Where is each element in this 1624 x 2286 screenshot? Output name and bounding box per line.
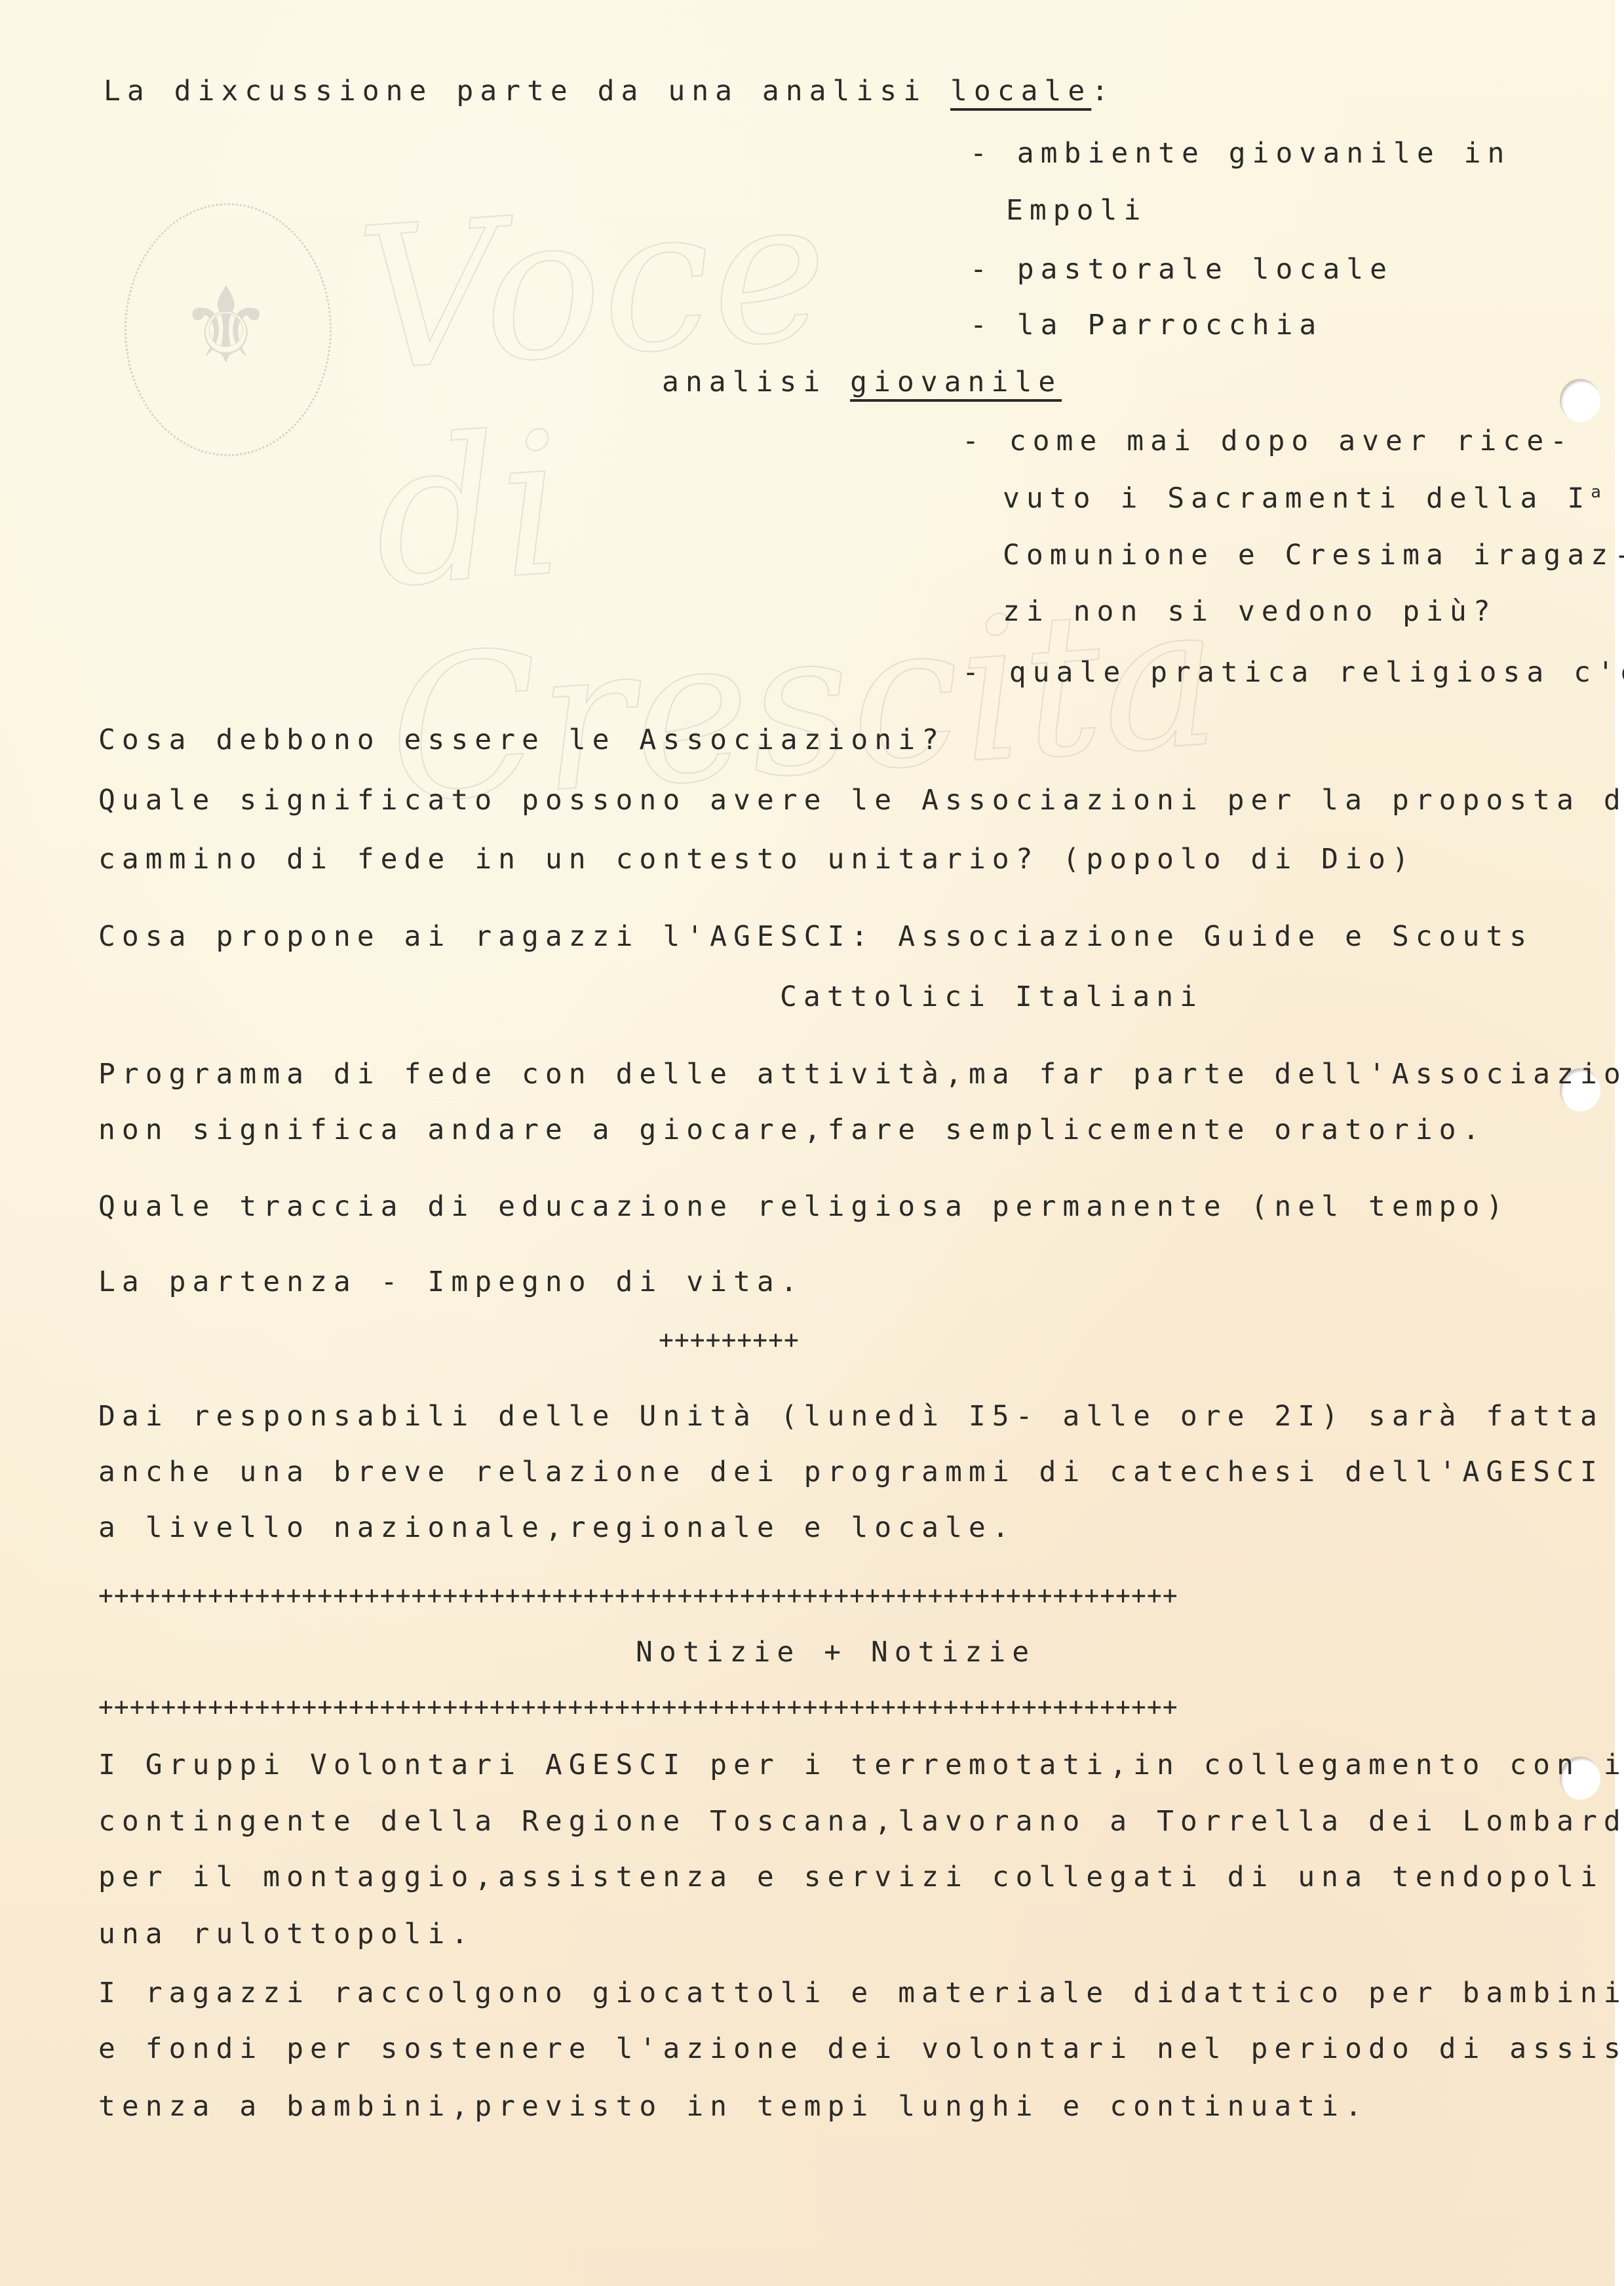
news-line: per il montaggio,assistenza e servizi co… bbox=[98, 1863, 1624, 1891]
report-line: anche una breve relazione dei programmi … bbox=[98, 1458, 1604, 1486]
news-line: una rulottopoli. bbox=[98, 1920, 474, 1948]
news-line: e fondi per sostenere l'azione dei volon… bbox=[98, 2035, 1624, 2063]
program-line: Programma di fede con delle attività,ma … bbox=[98, 1060, 1624, 1089]
punch-hole bbox=[1560, 379, 1600, 422]
youth-item: - come mai dopo aver rice- bbox=[962, 427, 1574, 455]
youth-item: zi non si vedono più? bbox=[1003, 598, 1497, 626]
local-item: - ambiente giovanile in bbox=[970, 140, 1511, 168]
scout-fleur-de-lis-stamp-icon bbox=[125, 203, 332, 456]
news-title: Notizie + Notizie bbox=[636, 1638, 1035, 1667]
question-line: Cosa propone ai ragazzi l'AGESCI: Associ… bbox=[98, 923, 1533, 951]
question-line: Cosa debbono essere le Associazioni? bbox=[98, 726, 945, 754]
short-separator: +++++++++ bbox=[659, 1327, 800, 1352]
news-line: I ragazzi raccolgono giocattoli e materi… bbox=[98, 1979, 1624, 2007]
underlined-word: locale bbox=[950, 75, 1091, 107]
program-line: La partenza - Impegno di vita. bbox=[98, 1268, 804, 1296]
question-line: Quale significato possono avere le Assoc… bbox=[98, 786, 1624, 815]
bleed-through-watermark: Voce diCrescita bbox=[352, 148, 1037, 651]
local-item: - pastorale locale bbox=[970, 256, 1393, 284]
intro-line: La dixcussione parte da una analisi loca… bbox=[104, 77, 1115, 106]
news-line: contingente della Regione Toscana,lavora… bbox=[98, 1808, 1624, 1836]
long-separator: ++++++++++++++++++++++++++++++++++++++++… bbox=[98, 1694, 1178, 1719]
youth-item: Comunione e Cresima iragaz- bbox=[1003, 541, 1624, 570]
local-item: Empoli bbox=[1006, 197, 1147, 225]
report-line: Dai responsabili delle Unità (lunedì I5-… bbox=[98, 1403, 1604, 1431]
news-line: I Gruppi Volontari AGESCI per i terremot… bbox=[98, 1751, 1624, 1779]
page-edge bbox=[1615, 0, 1624, 2286]
question-line: cammino di fede in un contesto unitario?… bbox=[98, 845, 1416, 874]
local-item: - la Parrocchia bbox=[970, 311, 1323, 339]
report-line: a livello nazionale,regionale e locale. bbox=[98, 1514, 1016, 1542]
youth-item: - quale pratica religiosa c'è? bbox=[962, 659, 1624, 687]
youth-item: vuto i Sacramenti della Ia bbox=[1003, 484, 1608, 513]
news-line: tenza a bambini,previsto in tempi lunghi… bbox=[98, 2093, 1368, 2121]
question-line: Cattolici Italiani bbox=[780, 983, 1203, 1011]
long-separator: ++++++++++++++++++++++++++++++++++++++++… bbox=[98, 1583, 1178, 1608]
youth-heading: analisi giovanile bbox=[662, 368, 1062, 397]
program-line: non significa andare a giocare,fare semp… bbox=[98, 1116, 1486, 1144]
program-line: Quale traccia di educazione religiosa pe… bbox=[98, 1193, 1509, 1221]
